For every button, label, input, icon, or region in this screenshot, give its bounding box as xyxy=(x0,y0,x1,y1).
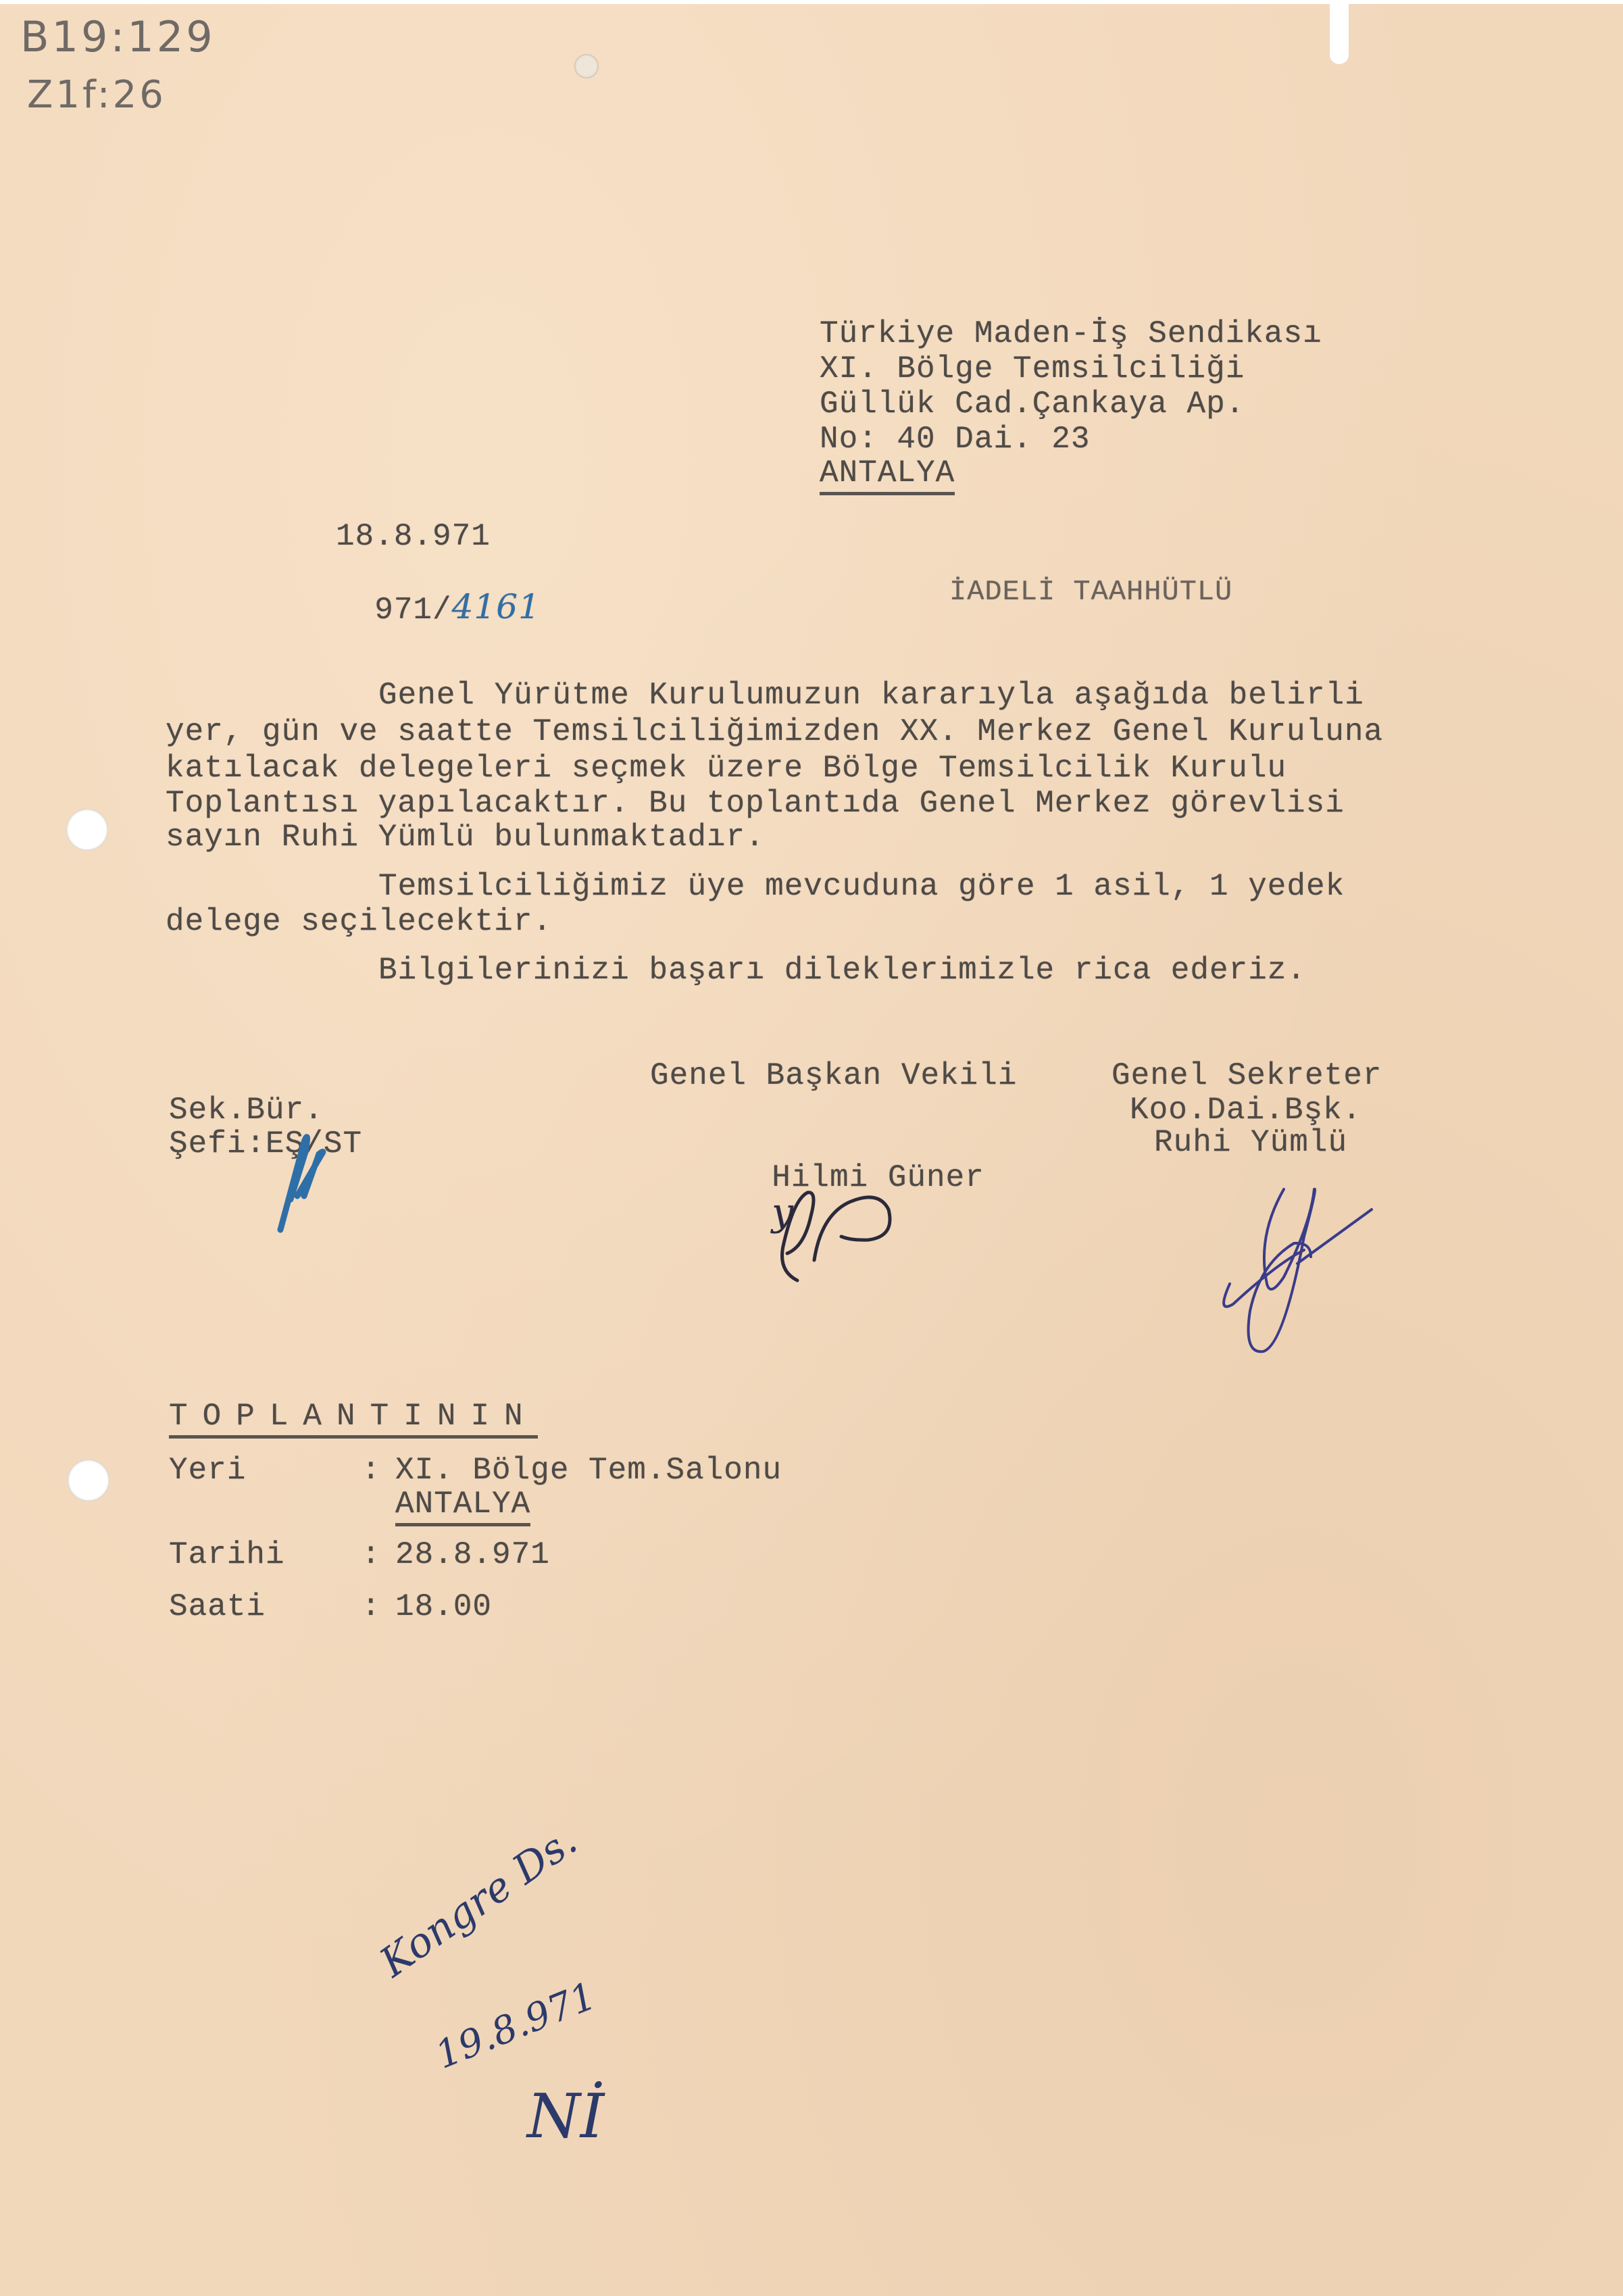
paper-tear-notch xyxy=(1330,0,1349,64)
meeting-place-city: ANTALYA xyxy=(395,1487,530,1526)
para2-line2: delege seçilecektir. xyxy=(166,904,552,939)
paper-tear-top xyxy=(0,0,1623,4)
para1-line5: sayın Ruhi Yümlü bulunmaktadır. xyxy=(166,820,765,855)
meeting-time-label: Saati xyxy=(169,1589,266,1624)
para1-line1: Genel Yürütme Kurulumuzun kararıyla aşağ… xyxy=(378,678,1364,713)
signature-left-scribble xyxy=(767,1182,943,1291)
reference-handwritten: 4161 xyxy=(452,587,541,626)
punch-hole-left-lower xyxy=(68,1459,109,1501)
archive-mark-2: Z1f:26 xyxy=(27,73,166,118)
address-line-4: No: 40 Dai. 23 xyxy=(820,422,1090,457)
delivery-note: İADELİ TAAHHÜTLÜ xyxy=(949,574,1232,609)
para1-line3: katılacak delegeleri seçmek üzere Bölge … xyxy=(166,751,1287,786)
address-line-2: XI. Bölge Temsilciliği xyxy=(820,351,1245,386)
meeting-date-label: Tarihi xyxy=(169,1537,285,1572)
para1-line2: yer, gün ve saatte Temsilciliğimizden XX… xyxy=(166,714,1383,749)
reference-prefix: 971/ xyxy=(374,593,451,628)
signature-right-scribble xyxy=(1203,1182,1378,1365)
meeting-heading: TOPLANTININ xyxy=(169,1399,538,1439)
handwritten-note-line1: Kongre Ds. xyxy=(372,1817,586,1987)
signature-right-title: Genel Sekreter xyxy=(1112,1058,1382,1093)
signature-right-subtitle: Koo.Dai.Bşk. xyxy=(1130,1093,1362,1128)
meeting-place-value: XI. Bölge Tem.Salonu xyxy=(395,1453,782,1488)
meeting-time-value: 18.00 xyxy=(395,1589,492,1624)
meeting-time-sep: : xyxy=(361,1589,381,1624)
para1-line4: Toplantısı yapılacaktır. Bu toplantıda G… xyxy=(166,786,1345,821)
meeting-date-sep: : xyxy=(361,1537,381,1572)
meeting-date-value: 28.8.971 xyxy=(395,1537,550,1572)
archive-mark-1: B19:129 xyxy=(20,15,216,59)
punch-hole-left-upper xyxy=(66,809,108,851)
secretariat-initial-mark xyxy=(250,1115,345,1237)
reference-number: 971/4161 xyxy=(336,554,541,628)
para3: Bilgilerinizi başarı dileklerimizle rica… xyxy=(378,953,1306,988)
handwritten-note-date: 19.8.971 xyxy=(430,1974,603,2078)
meeting-place-label: Yeri xyxy=(169,1453,246,1488)
address-line-1: Türkiye Maden-İş Sendikası xyxy=(820,316,1322,351)
punch-hole-top-left xyxy=(574,54,599,78)
handwritten-note-initials: Nİ xyxy=(527,2081,604,2152)
signature-left-title: Genel Başkan Vekili xyxy=(650,1058,1018,1093)
signature-right-name: Ruhi Yümlü xyxy=(1154,1125,1347,1160)
address-city: ANTALYA xyxy=(820,455,955,495)
address-line-3: Güllük Cad.Çankaya Ap. xyxy=(820,386,1245,422)
para2-line1: Temsilciliğimiz üye mevcuduna göre 1 asi… xyxy=(378,869,1345,904)
reference-date: 18.8.971 xyxy=(336,519,491,554)
meeting-place-sep: : xyxy=(361,1453,381,1488)
